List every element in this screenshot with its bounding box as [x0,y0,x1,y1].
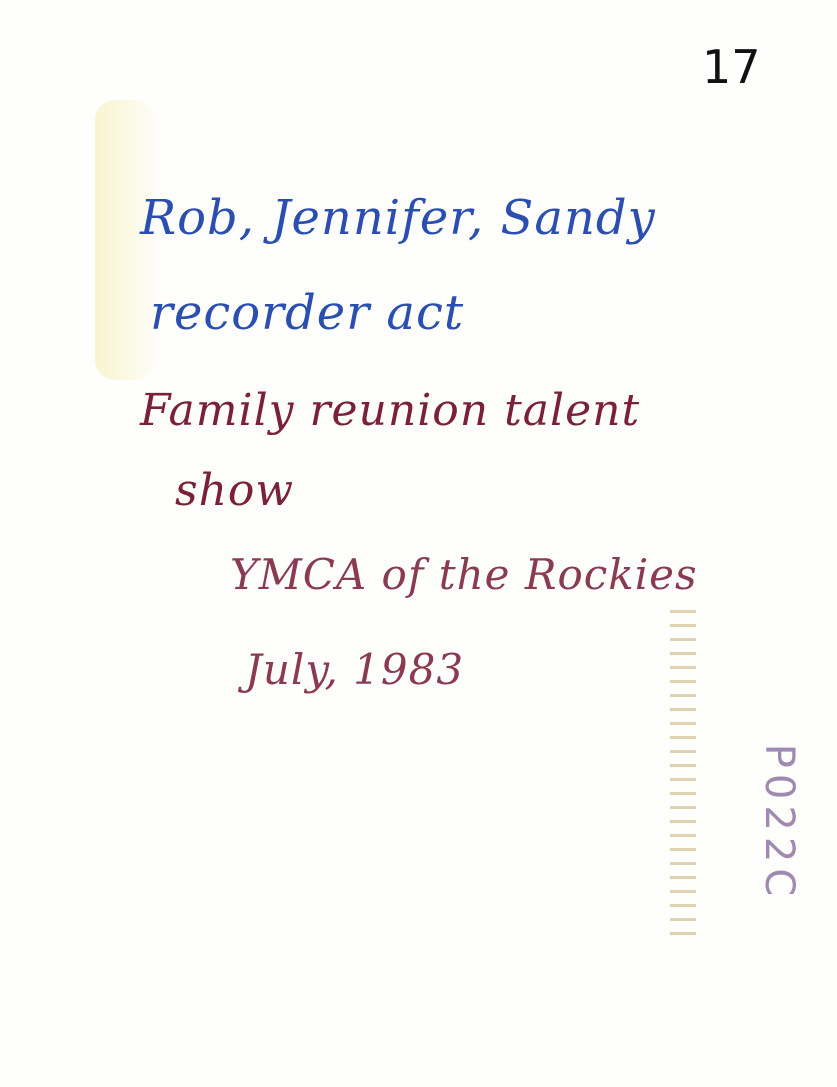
inscription-act: recorder act [150,285,464,341]
adhesive-residue [670,610,696,940]
page-number: 17 [702,40,761,94]
inscription-location: YMCA of the Rockies [230,550,698,599]
inscription-event-cont: show [175,465,294,516]
inscription-event: Family reunion talent [140,385,640,436]
inscription-names: Rob, Jennifer, Sandy [140,190,656,246]
inscription-date: July, 1983 [245,645,464,694]
catalog-number: P022C [756,744,802,902]
